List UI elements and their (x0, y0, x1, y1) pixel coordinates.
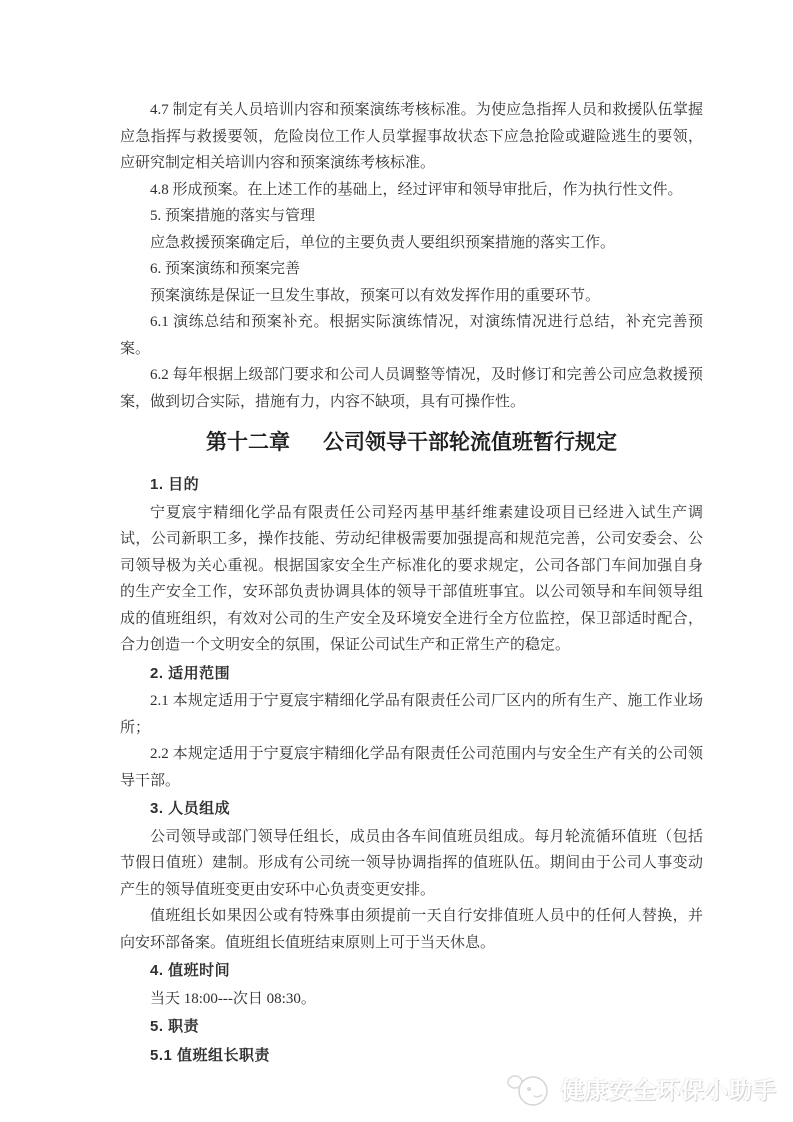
paragraph: 6.2 每年根据上级部门要求和公司人员调整等情况，及时修订和完善公司应急救援预案… (120, 362, 703, 415)
paragraph: 6. 预案演练和预案完善 (120, 256, 703, 283)
section-heading-purpose: 1. 目的 (120, 472, 703, 499)
watermark-text: 健康安全环保小助手 (561, 1072, 777, 1105)
paragraph: 值班组长如果因公或有特殊事由须提前一天自行安排值班人员中的任何人替换，并向安环部… (120, 903, 703, 956)
paragraph: 2.2 本规定适用于宁夏宸宇精细化学品有限责任公司范围内与安全生产有关的公司领导… (120, 741, 703, 794)
paragraph: 4.7 制定有关人员培训内容和预案演练考核标准。为使应急指挥人员和救援队伍掌握应… (120, 97, 703, 177)
chapter-title: 公司领导干部轮流值班暂行规定 (323, 431, 617, 454)
document-body: 4.7 制定有关人员培训内容和预案演练考核标准。为使应急指挥人员和救援队伍掌握应… (120, 97, 703, 1070)
watermark: 健康安全环保小助手 (506, 1068, 777, 1108)
paragraph: 宁夏宸宇精细化学品有限责任公司羟丙基甲基纤维素建设项目已经进入试生产调试，公司新… (120, 500, 703, 659)
section-heading-duties: 5. 职责 (120, 1014, 703, 1041)
paragraph: 公司领导或部门领导任组长，成员由各车间值班员组成。每月轮流循环值班（包括节假日值… (120, 824, 703, 904)
section-heading-duty-time: 4. 值班时间 (120, 958, 703, 985)
paragraph: 4.8 形成预案。在上述工作的基础上，经过评审和领导审批后，作为执行性文件。 (120, 177, 703, 204)
paragraph: 预案演练是保证一旦发生事故，预案可以有效发挥作用的重要环节。 (120, 283, 703, 310)
paragraph: 当天 18:00---次日 08:30。 (120, 986, 703, 1013)
section-heading-personnel: 3. 人员组成 (120, 796, 703, 823)
chapter-number: 第十二章 (206, 431, 290, 454)
paragraph: 2.1 本规定适用于宁夏宸宇精细化学品有限责任公司厂区内的所有生产、施工作业场所… (120, 688, 703, 741)
section-heading-leader-duties: 5.1 值班组长职责 (120, 1043, 703, 1070)
section-heading-scope: 2. 适用范围 (120, 661, 703, 688)
document-page: 4.7 制定有关人员培训内容和预案演练考核标准。为使应急指挥人员和救援队伍掌握应… (0, 0, 793, 1122)
chapter-heading: 第十二章公司领导干部轮流值班暂行规定 (120, 428, 703, 458)
paragraph: 应急救援预案确定后，单位的主要负责人要组织预案措施的落实工作。 (120, 230, 703, 257)
paragraph: 5. 预案措施的落实与管理 (120, 203, 703, 230)
paragraph: 6.1 演练总结和预案补充。根据实际演练情况，对演练情况进行总结，补充完善预案。 (120, 309, 703, 362)
mascot-icon (506, 1068, 552, 1108)
